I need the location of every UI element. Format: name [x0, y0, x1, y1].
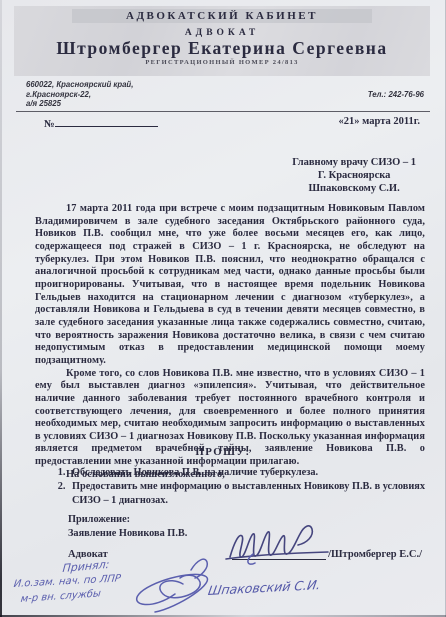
addressee-line2: Г. Красноярска [292, 169, 416, 182]
document-number-label: № [44, 119, 55, 130]
office-address-line2: г.Красноярск-22, [26, 90, 133, 100]
letterhead: АДВОКАТСКИЙ КАБИНЕТ АДВОКАТ Штромбергер … [14, 6, 430, 76]
request-item: Обследовать Новикова П.В. на наличие туб… [68, 466, 425, 479]
addressee-line1: Главному врачу СИЗО – 1 [292, 156, 416, 169]
handwritten-line2: И.о.зам. нач. по ЛПР [13, 573, 121, 590]
body-paragraph: 17 марта 2011 года при встрече с моим по… [35, 203, 425, 368]
letterhead-office-title: АДВОКАТСКИЙ КАБИНЕТ [72, 9, 372, 23]
letterhead-contact-row: 660022, Красноярский край, г.Красноярск-… [26, 80, 424, 109]
attachment-label: Приложение: [68, 513, 187, 527]
number-date-row: № «21» марта 2011г. [44, 116, 420, 130]
registration-number: РЕГИСТРАЦИОННЫЙ НОМЕР 24/813 [14, 59, 430, 66]
request-list: Обследовать Новикова П.В. на наличие туб… [52, 466, 425, 508]
request-item: Предоставить мне информацию о выставленн… [68, 480, 425, 507]
handwritten-line1: Принял: [62, 558, 110, 575]
handwritten-line3: м-р вн. службы [20, 588, 101, 605]
document-number-blank [55, 116, 158, 127]
letterhead-advocate-title: АДВОКАТ [14, 28, 430, 38]
document-number: № [44, 116, 158, 130]
handwritten-resolution: Принял: И.о.зам. нач. по ЛПР м-р вн. слу… [0, 550, 446, 617]
office-address: 660022, Красноярский край, г.Красноярск-… [26, 80, 133, 109]
attachment-block: Приложение: Заявление Новикова П.В. [68, 513, 187, 540]
letter-body: 17 марта 2011 года при встрече с моим по… [35, 203, 425, 481]
addressee-block: Главному врачу СИЗО – 1 Г. Красноярска Ш… [292, 156, 416, 195]
document-date: «21» марта 2011г. [339, 116, 420, 130]
addressee-line3: Шпаковскому С.И. [292, 182, 416, 195]
request-heading: ПРОШУ: [0, 446, 446, 458]
office-address-line1: 660022, Красноярский край, [26, 80, 133, 90]
letterhead-divider [16, 111, 430, 112]
advocate-name: Штромбергер Екатерина Сергеевна [14, 38, 430, 59]
office-phone: Тел.: 242-76-96 [368, 90, 424, 99]
scanned-letter-page: АДВОКАТСКИЙ КАБИНЕТ АДВОКАТ Штромбергер … [0, 0, 446, 617]
scan-edge-left [0, 0, 2, 617]
office-address-line3: а/я 25825 [26, 99, 133, 109]
attachment-document: Заявление Новикова П.В. [68, 527, 187, 541]
